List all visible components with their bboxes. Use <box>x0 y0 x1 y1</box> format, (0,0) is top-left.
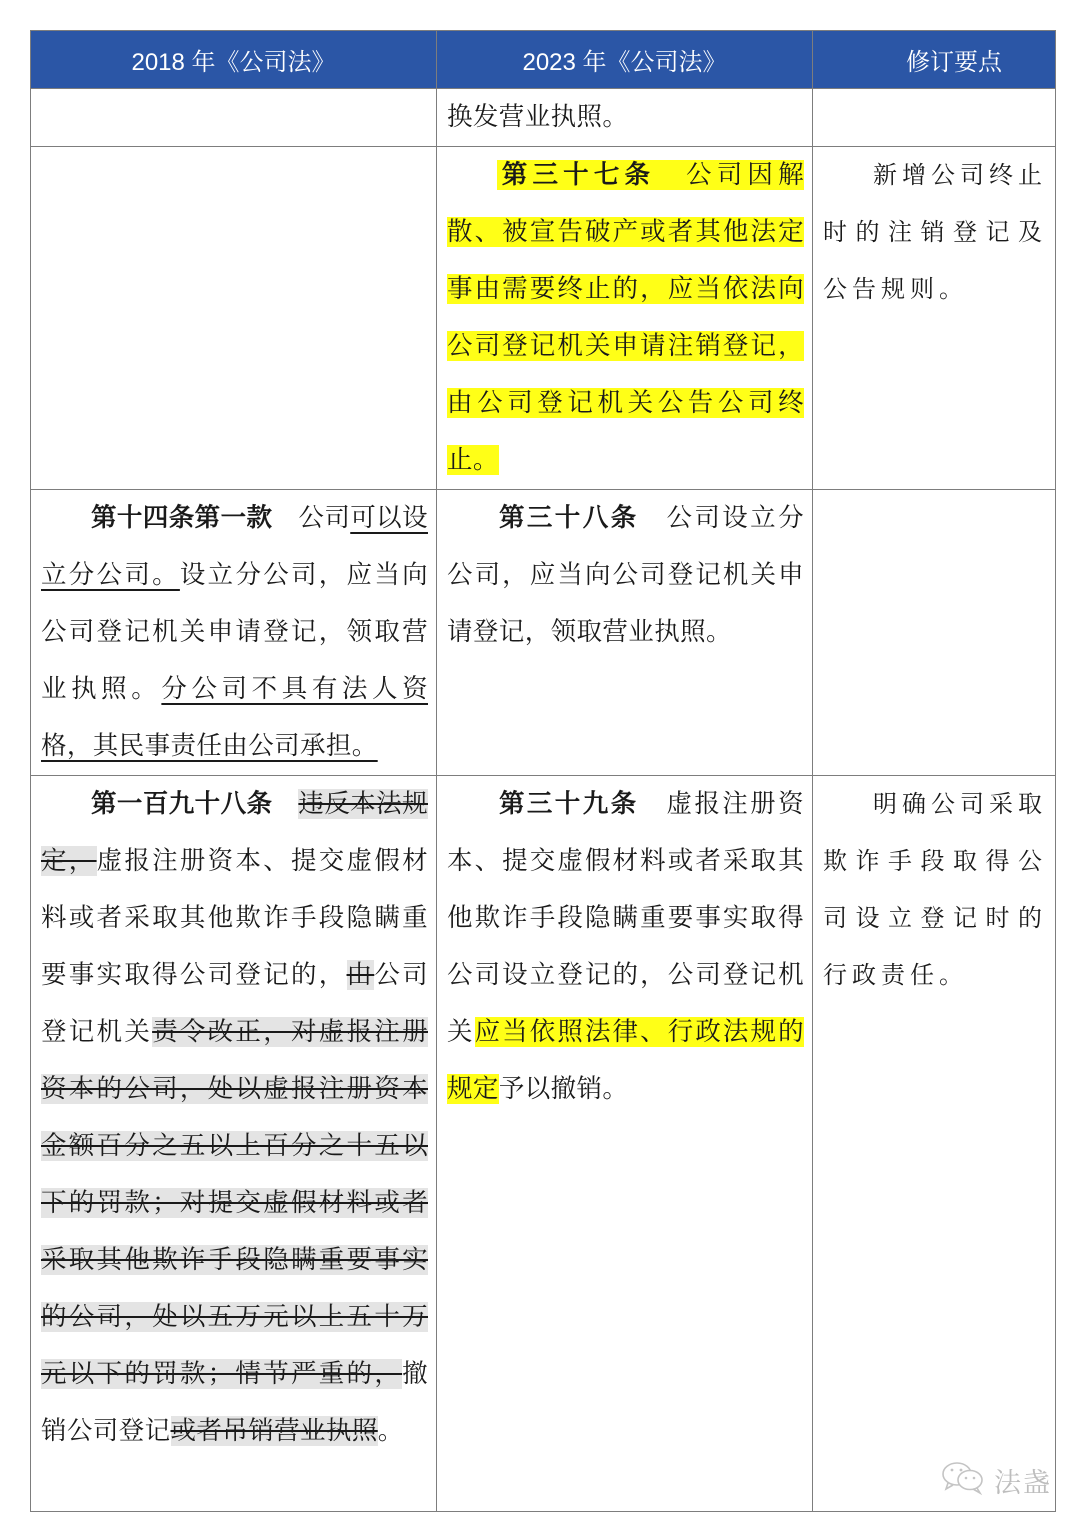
article-number: 第三十七条 <box>497 160 655 190</box>
new-law-cell: 第三十八条公司设立分公司，应当向公司登记机关申请登记，领取营业执照。 <box>437 490 813 776</box>
revision-note-cell <box>813 490 1056 776</box>
highlighted-text: 公司因解散、被宣告破产或者其他法定事由需要终止的，应当依法向公司登记机关申请注销… <box>447 160 804 475</box>
new-law-cell: 第三十九条虚报注册资本、提交虚假材料或者采取其他欺诈手段隐瞒重要事实取得公司设立… <box>437 776 813 1512</box>
article-number: 第三十九条 <box>497 789 638 819</box>
wechat-icon <box>940 1460 988 1500</box>
old-law-cell <box>31 89 437 147</box>
watermark-text: 法盏 <box>994 1461 1052 1500</box>
text-segment: 虚报注册资本、提交虚假材料或者采取其他欺诈手段隐瞒重要事实取得公司设立登记的，公… <box>447 789 804 1047</box>
deleted-text: 由 <box>347 960 375 990</box>
table-header-row: 2018 年《公司法》 2023 年《公司法》 修订要点 <box>31 31 1056 89</box>
law-comparison-table: 2018 年《公司法》 2023 年《公司法》 修订要点 换发营业执照。 第三十… <box>30 30 1056 1512</box>
text-segment: 予以撤销。 <box>499 1074 629 1104</box>
table-row: 第十四条第一款公司可以设立分公司。设立分公司，应当向公司登记机关申请登记，领取营… <box>31 490 1056 776</box>
new-law-cell: 第三十七条公司因解散、被宣告破产或者其他法定事由需要终止的，应当依法向公司登记机… <box>437 147 813 490</box>
table-row: 换发营业执照。 <box>31 89 1056 147</box>
table-row: 第一百九十八条违反本法规定，虚报注册资本、提交虚假材料或者采取其他欺诈手段隐瞒重… <box>31 776 1056 1512</box>
article-number: 第一百九十八条 <box>91 789 272 819</box>
header-revision-points: 修订要点 <box>813 31 1056 89</box>
new-law-text: 换发营业执照。 <box>447 102 628 132</box>
revision-note: 新增公司终止时的注销登记及公告规则。 <box>823 161 1047 303</box>
revision-note-cell <box>813 89 1056 147</box>
old-law-cell: 第十四条第一款公司可以设立分公司。设立分公司，应当向公司登记机关申请登记，领取营… <box>31 490 437 776</box>
revision-note: 明确公司采取欺诈手段取得公司设立登记时的行政责任。 <box>823 790 1047 989</box>
watermark: 法盏 <box>940 1460 1052 1500</box>
article-number: 第三十八条 <box>497 503 638 533</box>
old-law-cell <box>31 147 437 490</box>
revision-note-cell: 明确公司采取欺诈手段取得公司设立登记时的行政责任。 <box>813 776 1056 1512</box>
deleted-text: 责令改正，对虚报注册资本的公司，处以虚报注册资本金额百分之五以上百分之十五以下的… <box>41 1017 428 1389</box>
header-2018-law: 2018 年《公司法》 <box>31 31 437 89</box>
article-number: 第十四条第一款 <box>91 503 272 533</box>
old-law-cell: 第一百九十八条违反本法规定，虚报注册资本、提交虚假材料或者采取其他欺诈手段隐瞒重… <box>31 776 437 1512</box>
text-segment: 。 <box>378 1416 404 1446</box>
new-law-cell: 换发营业执照。 <box>437 89 813 147</box>
deleted-text: 或者吊销营业执照 <box>171 1416 378 1446</box>
header-2023-law: 2023 年《公司法》 <box>437 31 813 89</box>
text-segment: 公司 <box>298 503 350 533</box>
revision-note-cell: 新增公司终止时的注销登记及公告规则。 <box>813 147 1056 490</box>
table-row: 第三十七条公司因解散、被宣告破产或者其他法定事由需要终止的，应当依法向公司登记机… <box>31 147 1056 490</box>
